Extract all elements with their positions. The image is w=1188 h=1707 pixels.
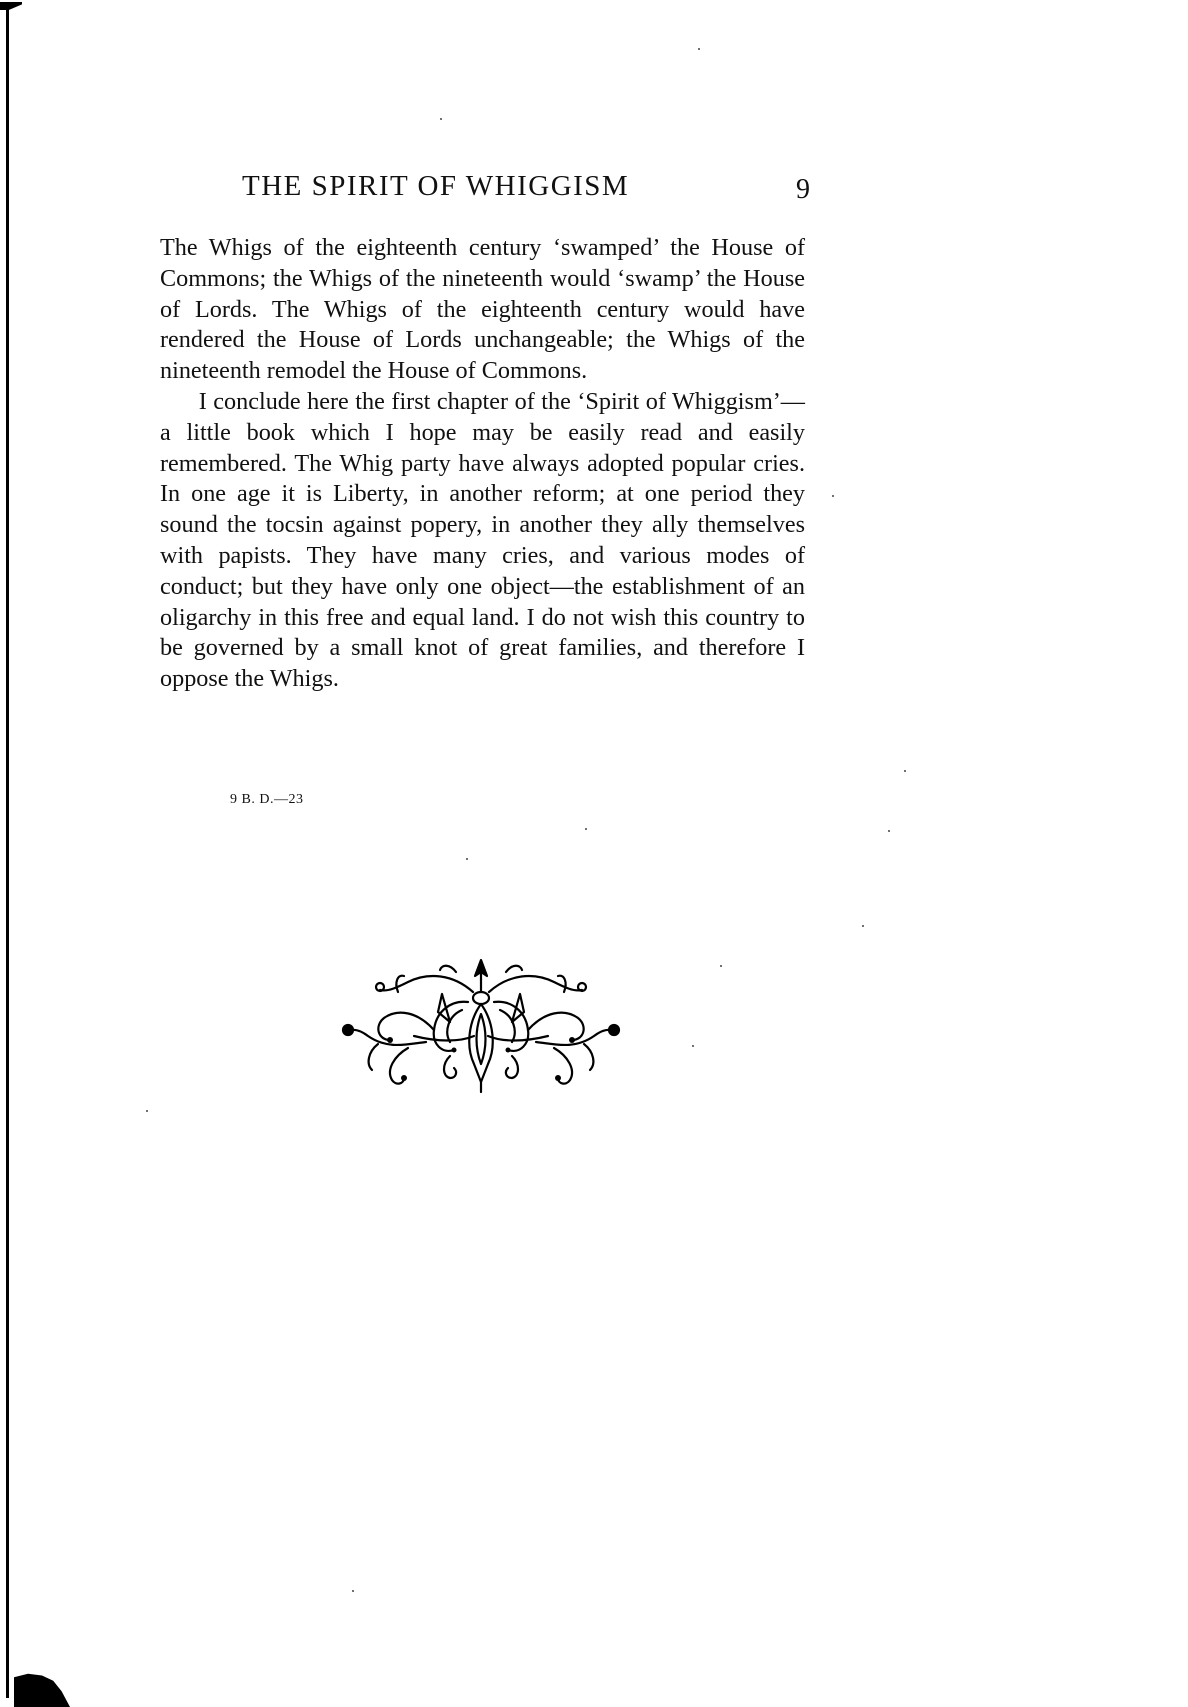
page-edge-top-mark <box>0 2 22 10</box>
floral-tailpiece-ornament-icon <box>338 952 624 1094</box>
paper-speck <box>585 828 587 830</box>
paragraph-1: The Whigs of the eighteenth century ‘swa… <box>160 233 805 387</box>
running-head: THE SPIRIT OF WHIGGISM 9 <box>160 170 810 210</box>
running-head-title: THE SPIRIT OF WHIGGISM <box>242 170 629 203</box>
paper-speck <box>440 118 442 120</box>
paper-speck <box>720 965 722 967</box>
page-edge-ink-blot <box>14 1672 70 1707</box>
paper-speck <box>692 1045 694 1047</box>
paper-speck <box>352 1590 354 1592</box>
paragraph-2: I conclude here the first chapter of the… <box>160 387 805 695</box>
page-gutter-edge <box>6 8 9 1698</box>
body-text: The Whigs of the eighteenth century ‘swa… <box>160 233 805 695</box>
printer-signature-mark: 9 B. D.—23 <box>230 792 303 808</box>
paper-speck <box>904 770 906 772</box>
paper-speck <box>466 858 468 860</box>
paper-speck <box>832 495 834 497</box>
paper-speck <box>698 48 700 50</box>
paper-speck <box>888 830 890 832</box>
paper-speck <box>862 925 864 927</box>
paper-speck <box>146 1110 148 1112</box>
page-number: 9 <box>796 174 810 206</box>
